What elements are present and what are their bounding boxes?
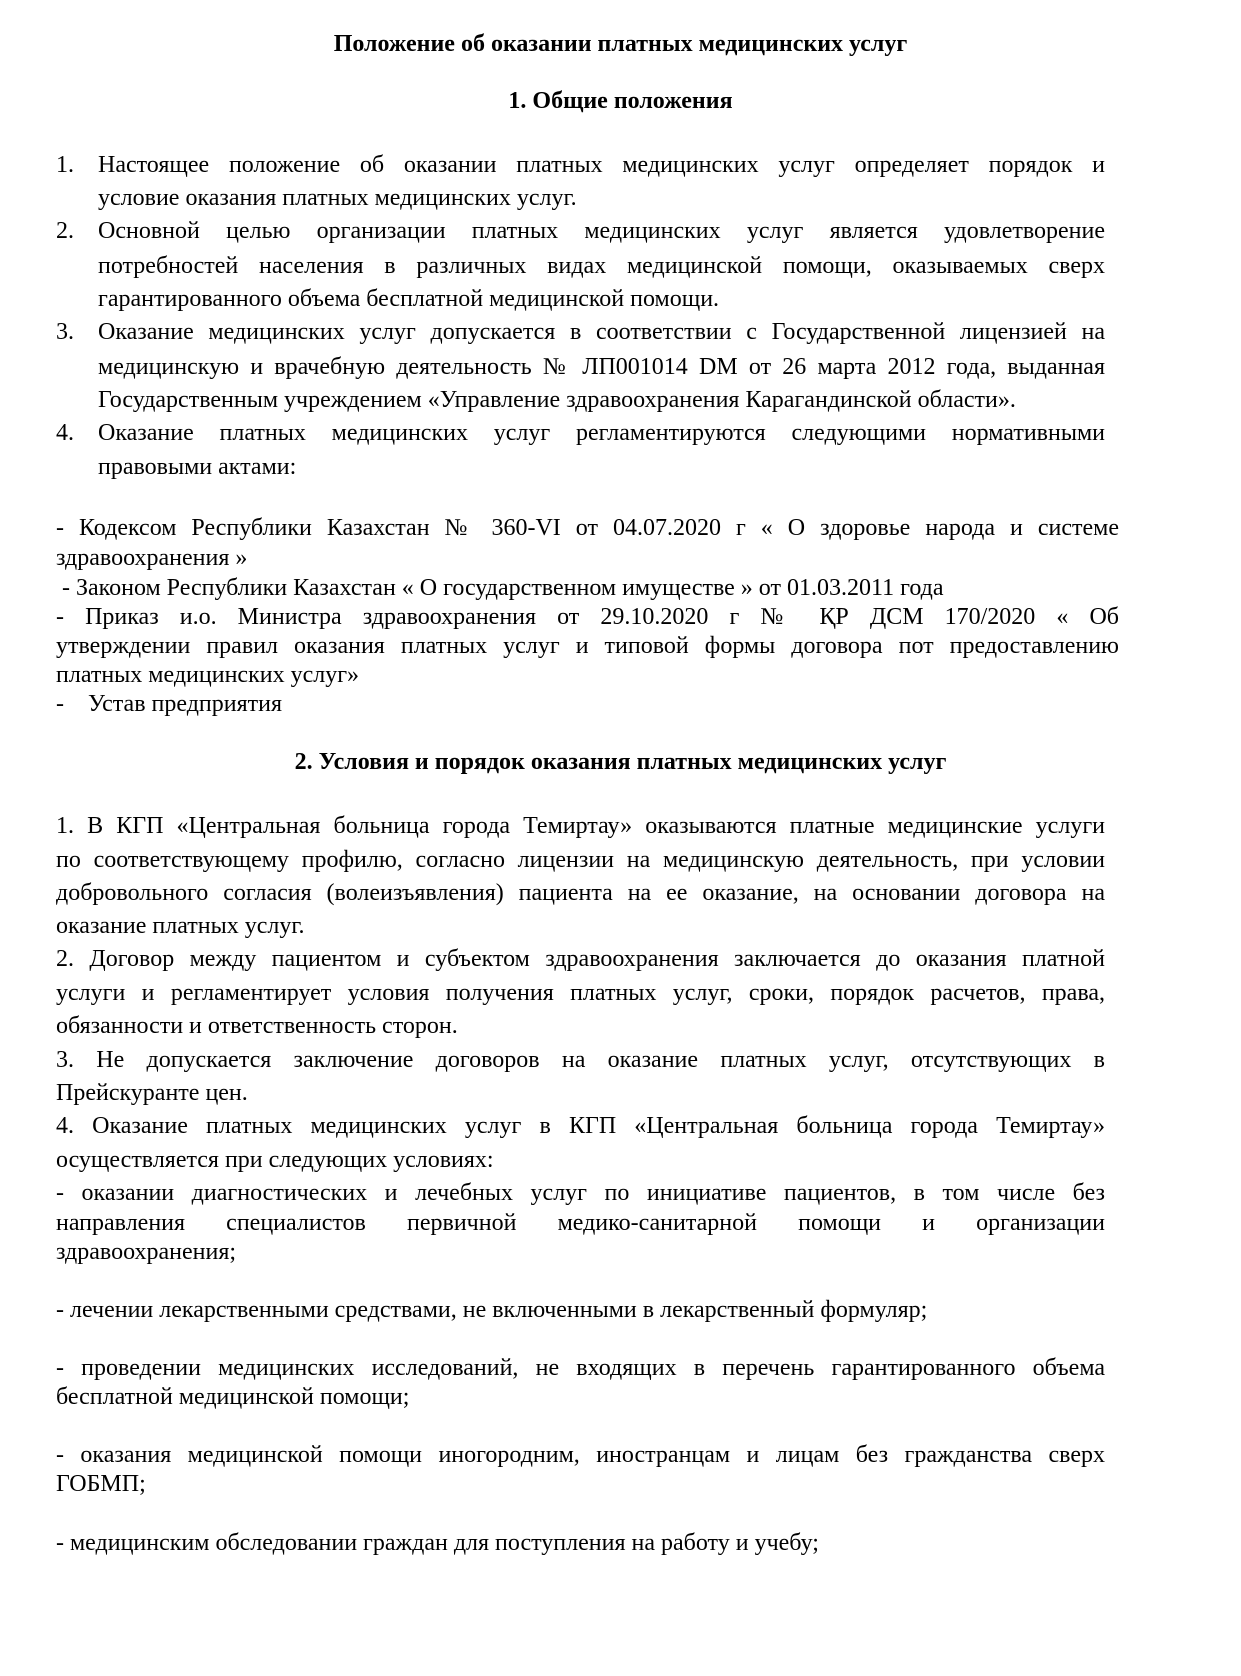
para-4-line-1: 4. Оказание платных медицинских услуг в … [56,1111,1105,1141]
condition-1-line-3: здравоохранения; [56,1237,236,1267]
condition-4-line-2: ГОБМП; [56,1469,146,1499]
item-1-line-2: условие оказания платных медицинских усл… [98,183,577,213]
para-2-line-1: 2. Договор между пациентом и субъектом з… [56,944,1105,974]
para-2-line-3: обязанности и ответственность сторон. [56,1011,458,1041]
section-2-heading: 2. Условия и порядок оказания платных ме… [0,747,1241,777]
item-2-line-3: гарантированного объема бесплатной медиц… [98,284,719,314]
act-2: - Законом Республики Казахстан « О госуд… [56,573,944,603]
document-page: Положение об оказании платных медицински… [0,0,1241,1676]
para-3-line-2: Прейскуранте цен. [56,1078,248,1108]
item-4-line-1: Оказание платных медицинских услуг регла… [98,418,1105,448]
item-4-number: 4. [56,418,74,448]
para-1-line-4: оказание платных услуг. [56,911,305,941]
item-3-line-2: медицинскую и врачебную деятельность № Л… [98,352,1105,382]
condition-3-line-2: бесплатной медицинской помощи; [56,1382,409,1412]
item-1-number: 1. [56,150,74,180]
condition-1-line-1: - оказании диагностических и лечебных ус… [56,1178,1105,1208]
item-3-line-1: Оказание медицинских услуг допускается в… [98,317,1105,347]
para-2-line-2: услуги и регламентирует условия получени… [56,978,1105,1008]
item-3-number: 3. [56,317,74,347]
act-4: - Устав предприятия [56,689,282,719]
item-1-line-1: Настоящее положение об оказании платных … [98,150,1105,180]
act-1-line-1: - Кодексом Республики Казахстан № 360-VI… [56,513,1119,543]
para-1-line-3: добровольного согласия (волеизъявления) … [56,878,1105,908]
item-4-line-2: правовыми актами: [98,452,296,482]
item-2-line-1: Основной целью организации платных медиц… [98,216,1105,246]
act-1-line-2: здравоохранения » [56,543,247,573]
condition-1-line-2: направления специалистов первичной медик… [56,1208,1105,1238]
act-3-line-3: платных медицинских услуг» [56,660,359,690]
section-1-heading: 1. Общие положения [0,86,1241,116]
act-3-line-2: утверждении правил оказания платных услу… [56,631,1119,661]
condition-5: - медицинским обследовании граждан для п… [56,1528,819,1558]
para-1-line-2: по соответствующему профилю, согласно ли… [56,845,1105,875]
item-3-line-3: Государственным учреждением «Управление … [98,385,1016,415]
document-title: Положение об оказании платных медицински… [0,29,1241,59]
condition-4-line-1: - оказания медицинской помощи иногородни… [56,1440,1105,1470]
para-1-line-1: 1. В КГП «Центральная больница города Те… [56,811,1105,841]
condition-2: - лечении лекарственными средствами, не … [56,1295,927,1325]
para-3-line-1: 3. Не допускается заключение договоров н… [56,1045,1105,1075]
item-2-number: 2. [56,216,74,246]
para-4-line-2: осуществляется при следующих условиях: [56,1145,494,1175]
condition-3-line-1: - проведении медицинских исследований, н… [56,1353,1105,1383]
item-2-line-2: потребностей населения в различных видах… [98,251,1105,281]
act-3-line-1: - Приказ и.о. Министра здравоохранения о… [56,602,1119,632]
